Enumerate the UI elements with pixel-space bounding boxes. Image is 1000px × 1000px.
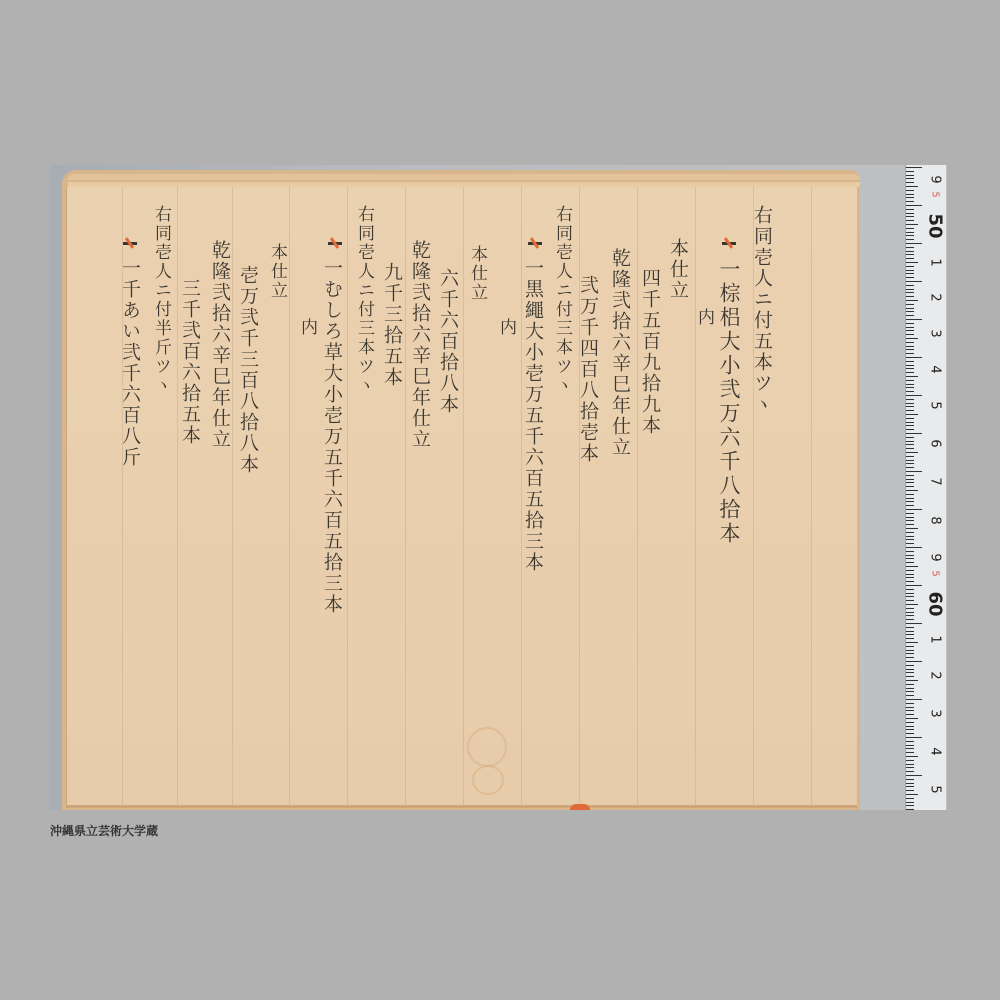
ruled-line <box>637 187 638 805</box>
text-column: 九千三拾五本 <box>382 262 401 388</box>
ruler-tick <box>906 315 914 316</box>
item-tick-mark <box>528 242 542 245</box>
ruler-label: 5 <box>930 563 941 585</box>
ruled-line <box>463 187 464 805</box>
text-column: 壱万弐千三百八拾八本 <box>238 265 257 475</box>
text-column: 本仕立 <box>668 238 687 301</box>
ruler-tick <box>906 475 914 476</box>
ruler-tick <box>906 790 914 791</box>
ruler-tick <box>906 608 914 609</box>
ruler-tick <box>906 437 914 438</box>
text-column: 四千五百九拾九本 <box>640 268 659 436</box>
ruler-tick <box>906 387 914 388</box>
ruler-tick <box>906 399 914 400</box>
text-column: 右同壱人ニ付五本ツヽ <box>752 205 771 415</box>
ruler-tick <box>906 707 914 708</box>
ruler-label: 1 <box>928 629 943 651</box>
ruler-tick <box>906 509 922 510</box>
ruler-tick <box>906 216 914 217</box>
red-seal-mark <box>570 804 590 810</box>
ruler-tick <box>906 311 914 312</box>
ruler-tick <box>906 342 914 343</box>
ruler-tick <box>906 247 914 248</box>
ruler-tick <box>906 798 914 799</box>
ruler-tick <box>906 760 914 761</box>
ruler-tick <box>906 467 914 468</box>
ruler-tick <box>906 460 914 461</box>
ruler-tick <box>906 547 922 548</box>
ruler-tick <box>906 577 914 578</box>
text-column: 三千弐百六拾五本 <box>180 278 199 446</box>
ruler-tick <box>906 186 918 187</box>
ruler-tick <box>906 517 914 518</box>
ruler-tick <box>906 380 914 381</box>
ruler-tick <box>906 650 914 651</box>
ruler-tick <box>906 353 914 354</box>
ruler-tick <box>906 448 914 449</box>
ruler-tick <box>906 612 914 613</box>
ruler-tick <box>906 190 914 191</box>
ruler-tick <box>906 308 914 309</box>
paper-stain <box>472 765 504 795</box>
ruler-tick <box>906 562 914 563</box>
ruler-tick <box>906 726 914 727</box>
ruler-tick <box>906 669 914 670</box>
text-column: 右同壱人ニ付三本ツヽ <box>355 205 372 395</box>
ruler-tick <box>906 741 914 742</box>
ruler-tick <box>906 395 922 396</box>
text-column: 本仕立 <box>268 243 285 300</box>
ruler-tick <box>906 714 914 715</box>
ruler-tick <box>906 463 914 464</box>
ruler-tick <box>906 642 918 643</box>
ruler-tick <box>906 539 914 540</box>
ruler-tick <box>906 748 914 749</box>
ruler-tick <box>906 805 914 806</box>
ruler-tick <box>906 490 918 491</box>
ruler-tick <box>906 574 914 575</box>
ruler-tick <box>906 391 914 392</box>
item-tick-mark <box>722 242 736 245</box>
ruled-line <box>177 187 178 805</box>
ruler-tick <box>906 292 914 293</box>
ruler-label: 5 <box>928 779 943 801</box>
ruled-line <box>695 187 696 805</box>
ruler-tick <box>906 615 914 616</box>
ruler-tick <box>906 745 914 746</box>
ruled-line <box>811 187 812 805</box>
ruler-label: 2 <box>928 287 943 309</box>
ruler-tick <box>906 479 914 480</box>
text-column: 内 <box>298 318 315 337</box>
ruler-tick <box>906 638 914 639</box>
ruler-tick <box>906 482 914 483</box>
ruler-tick <box>906 737 922 738</box>
ruler-tick <box>906 809 914 810</box>
ruler-tick <box>906 285 914 286</box>
ruler-tick <box>906 722 914 723</box>
ruler-tick <box>906 167 922 168</box>
ruler-tick <box>906 194 914 195</box>
text-column: 内 <box>695 308 712 327</box>
item-tick-mark <box>123 242 137 245</box>
ruler-tick <box>906 566 918 567</box>
ruler-tick <box>906 334 914 335</box>
ruler-tick <box>906 262 918 263</box>
ruler-tick <box>906 786 914 787</box>
ruler-tick <box>906 646 914 647</box>
ruler-tick <box>906 273 914 274</box>
ruler-tick <box>906 444 914 445</box>
ruler-tick <box>906 532 914 533</box>
paper-stain <box>467 727 507 767</box>
ruler-tick <box>906 330 914 331</box>
ruler-tick <box>906 441 914 442</box>
ruler-tick <box>906 627 914 628</box>
text-column: 六千六百拾八本 <box>438 268 457 415</box>
collection-caption: 沖縄県立芸術大学蔵 <box>50 822 158 839</box>
text-column: 弐万千四百八拾壱本 <box>578 275 597 464</box>
ruler-tick <box>906 258 914 259</box>
ruler-tick <box>906 699 922 700</box>
ruler-tick <box>906 175 914 176</box>
ruler-tick <box>906 688 914 689</box>
text-column: 一黒繩大小壱万五千六百五拾三本 <box>523 258 542 573</box>
ruler-tick <box>906 452 918 453</box>
ruler-tick <box>906 418 914 419</box>
ruler-tick <box>906 239 914 240</box>
ruler-tick <box>906 543 914 544</box>
ruler-tick <box>906 661 922 662</box>
ruler-tick <box>906 589 914 590</box>
ruled-line <box>289 187 290 805</box>
ruler-label: 60 <box>925 592 946 614</box>
ruler-tick <box>906 710 914 711</box>
ruler-tick <box>906 384 914 385</box>
ruler-label: 2 <box>928 665 943 687</box>
ruler-tick <box>906 254 914 255</box>
ruler-tick <box>906 319 922 320</box>
text-column: 右同壱人ニ付半斤ツヽ <box>152 205 169 395</box>
ruler-tick <box>906 232 914 233</box>
ruler-tick <box>906 585 922 586</box>
ruler-tick <box>906 676 914 677</box>
ruler-tick <box>906 695 914 696</box>
ruler-tick <box>906 501 914 502</box>
ruler-tick <box>906 220 914 221</box>
ruler-tick <box>906 365 914 366</box>
ruler-tick <box>906 433 922 434</box>
measuring-ruler: 955012345678956012345 <box>905 165 946 810</box>
ruler-tick <box>906 691 914 692</box>
ruler-tick <box>906 209 914 210</box>
text-column: 乾隆弐拾六辛巳年仕立 <box>410 240 429 450</box>
ruler-tick <box>906 718 918 719</box>
ruler-tick <box>906 733 914 734</box>
ruler-label: 3 <box>928 323 943 345</box>
ruler-tick <box>906 623 922 624</box>
ruler-label: 4 <box>928 741 943 763</box>
ruler-label: 8 <box>928 510 943 532</box>
ruler-tick <box>906 171 914 172</box>
ruler-tick <box>906 368 914 369</box>
ruler-tick <box>906 794 918 795</box>
ruler-tick <box>906 406 914 407</box>
ruler-tick <box>906 767 914 768</box>
ruled-line <box>347 187 348 805</box>
ruler-tick <box>906 376 918 377</box>
ruler-label: 7 <box>928 471 943 493</box>
ruler-tick <box>906 327 914 328</box>
ruler-tick <box>906 346 914 347</box>
ruler-tick <box>906 425 914 426</box>
page-edge <box>68 174 860 180</box>
ruler-tick <box>906 361 914 362</box>
text-column: 一棕梠大小弐万六千八拾本 <box>718 258 739 546</box>
ruler-tick <box>906 672 914 673</box>
ruled-line <box>405 187 406 805</box>
ruler-tick <box>906 756 918 757</box>
text-column: 一むしろ草大小壱万五千六百五拾三本 <box>322 258 341 615</box>
ruler-tick <box>906 581 914 582</box>
ruler-tick <box>906 771 914 772</box>
ruler-tick <box>906 729 914 730</box>
ruler-tick <box>906 513 914 514</box>
ruler-tick <box>906 178 914 179</box>
ruler-label: 4 <box>928 359 943 381</box>
ruler-tick <box>906 604 918 605</box>
ruler-tick <box>906 235 914 236</box>
ruler-tick <box>906 456 914 457</box>
ruler-tick <box>906 619 914 620</box>
ruler-tick <box>906 304 914 305</box>
ruler-tick <box>906 520 914 521</box>
ruler-tick <box>906 201 914 202</box>
ruler-tick <box>906 634 914 635</box>
ruler-tick <box>906 213 914 214</box>
text-column: 乾隆弐拾六辛巳年仕立 <box>610 248 629 458</box>
ruled-line <box>232 187 233 805</box>
ruler-tick <box>906 665 914 666</box>
ruler-tick <box>906 631 914 632</box>
ruler-tick <box>906 471 922 472</box>
ruler-tick <box>906 752 914 753</box>
ruler-tick <box>906 251 914 252</box>
ruler-tick <box>906 657 914 658</box>
ruler-tick <box>906 680 918 681</box>
ruler-tick <box>906 486 914 487</box>
ruler-tick <box>906 524 914 525</box>
text-column: 右同壱人ニ付三本ツヽ <box>553 205 570 395</box>
text-column: 本仕立 <box>468 245 485 302</box>
ruler-tick <box>906 494 914 495</box>
ruler-tick <box>906 277 914 278</box>
ruler-tick <box>906 266 914 267</box>
ruler-tick <box>906 243 922 244</box>
ruler-tick <box>906 558 914 559</box>
ruler-tick <box>906 783 914 784</box>
ruler-tick <box>906 281 922 282</box>
ruler-tick <box>906 802 914 803</box>
ruler-tick <box>906 684 914 685</box>
ruler-tick <box>906 593 914 594</box>
ruler-tick <box>906 296 914 297</box>
ruler-label: 5 <box>930 184 941 206</box>
ruler-tick <box>906 528 918 529</box>
ruler-tick <box>906 349 914 350</box>
ruler-tick <box>906 653 914 654</box>
ruler-tick <box>906 775 922 776</box>
ruler-tick <box>906 536 914 537</box>
ruler-tick <box>906 551 914 552</box>
ruler-label: 6 <box>928 433 943 455</box>
ruler-label: 5 <box>928 395 943 417</box>
ruler-label: 50 <box>925 214 946 236</box>
ruler-tick <box>906 289 914 290</box>
ruler-tick <box>906 228 914 229</box>
ruler-tick <box>906 338 918 339</box>
ruler-tick <box>906 596 914 597</box>
ruler-tick <box>906 372 914 373</box>
ruler-label: 3 <box>928 703 943 725</box>
ruler-tick <box>906 703 914 704</box>
ruler-tick <box>906 224 918 225</box>
ruler-tick <box>906 429 914 430</box>
ruler-tick <box>906 555 914 556</box>
ruler-tick <box>906 357 922 358</box>
text-column: 一千あい弐千六百八斤 <box>120 258 139 468</box>
ruler-tick <box>906 505 914 506</box>
ruler-tick <box>906 498 914 499</box>
ruler-tick <box>906 197 914 198</box>
ruler-tick <box>906 414 918 415</box>
ruler-tick <box>906 182 914 183</box>
text-column: 乾隆弐拾六辛巳年仕立 <box>210 240 229 450</box>
ruler-tick <box>906 205 922 206</box>
ruler-tick <box>906 270 914 271</box>
ruler-tick <box>906 300 918 301</box>
ruler-label: 1 <box>928 252 943 274</box>
ruler-tick <box>906 570 914 571</box>
text-column: 内 <box>497 318 514 337</box>
ruler-tick <box>906 422 914 423</box>
ruler-tick <box>906 410 914 411</box>
ruler-tick <box>906 779 914 780</box>
ruler-tick <box>906 764 914 765</box>
ruler-tick <box>906 600 914 601</box>
item-tick-mark <box>328 242 342 245</box>
ruler-tick <box>906 403 914 404</box>
ruler-tick <box>906 323 914 324</box>
